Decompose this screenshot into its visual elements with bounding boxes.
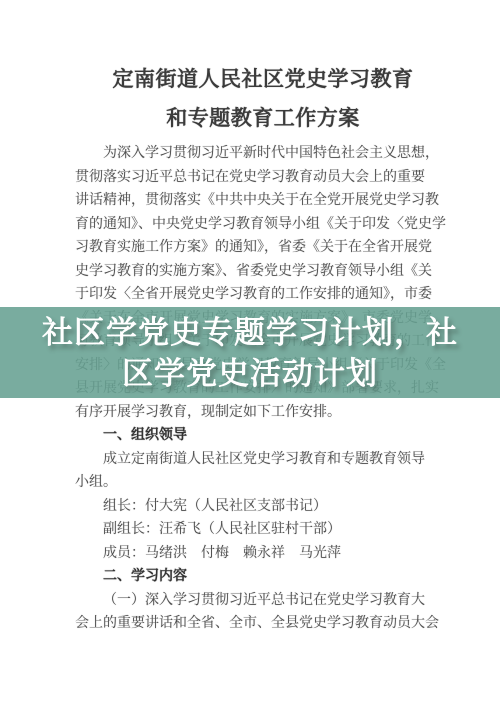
body-line: 成立定南街道人民社区党史学习教育和专题教育领导 — [75, 448, 435, 472]
document-title: 定南街道人民社区党史学习教育 和专题教育工作方案 — [78, 60, 448, 138]
body-line: 习教育实施工作方案》的通知》，省委《关于在全省开展党 — [75, 236, 435, 260]
body-line: 贯彻落实习近平总书记在党史学习教育动员大会上的重要 — [75, 166, 435, 190]
body-line: 有序开展学习教育，现制定如下工作安排。 — [75, 401, 435, 425]
document-page: 定南街道人民社区党史学习教育 和专题教育工作方案 为深入学习贯彻习近平新时代中国… — [0, 0, 500, 707]
caption-overlay-line-2: 区学党史活动计划 — [0, 353, 500, 394]
title-line-2: 和专题教育工作方案 — [78, 99, 448, 138]
title-line-1: 定南街道人民社区党史学习教育 — [78, 60, 448, 99]
members-line: 成员：马绪洪 付梅 赖永祥 马光萍 — [75, 542, 435, 566]
body-line: 育的通知》、中央党史学习教育领导小组《关于印发〈党史学 — [75, 213, 435, 237]
section-heading-1: 一、组织领导 — [75, 424, 435, 448]
caption-overlay-band: 社区学党史专题学习计划，社 区学党史活动计划 — [0, 307, 500, 398]
body-line: 会上的重要讲话和全省、全市、全县党史学习教育动员大会 — [75, 612, 435, 636]
body-line: 史学习教育的实施方案》、省委党史学习教育领导小组《关 — [75, 260, 435, 284]
body-line: 小组。 — [75, 471, 435, 495]
body-line: 于印发〈全省开展党史学习教育的工作安排的通知》，市委 — [75, 283, 435, 307]
caption-overlay-line-1: 社区学党史专题学习计划，社 — [0, 312, 500, 353]
vice-leader-line: 副组长：汪希飞（人民社区驻村干部） — [75, 518, 435, 542]
leader-line: 组长：付大宪（人民社区支部书记） — [75, 495, 435, 519]
body-line: （一）深入学习贯彻习近平总书记在党史学习教育大 — [75, 589, 435, 613]
body-line: 讲话精神，贯彻落实《中共中央关于在全党开展党史学习教 — [75, 189, 435, 213]
body-line: 为深入学习贯彻习近平新时代中国特色社会主义思想， — [75, 142, 435, 166]
section-heading-2: 二、学习内容 — [75, 565, 435, 589]
